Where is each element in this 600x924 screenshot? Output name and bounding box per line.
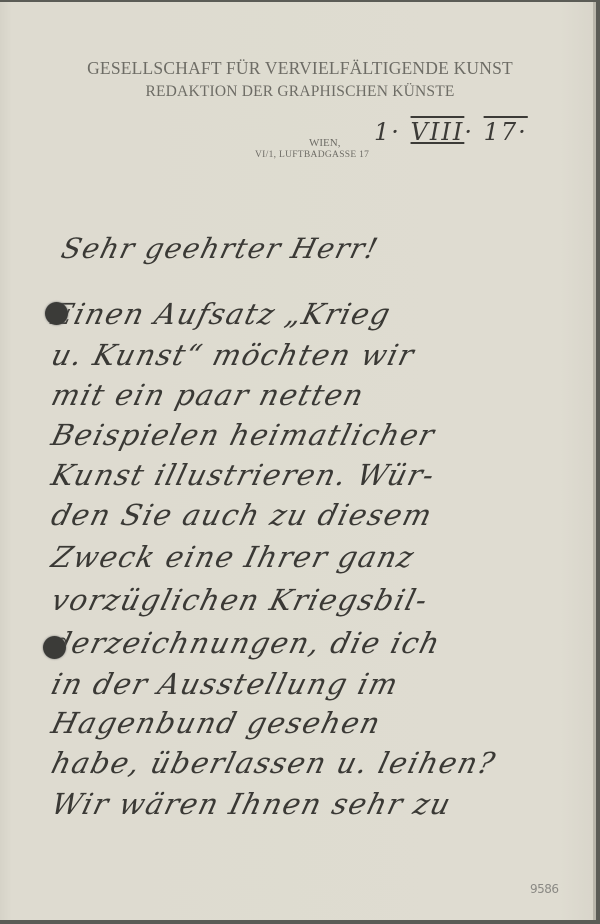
- letter-line: den Sie auch zu diesem: [48, 498, 436, 532]
- punch-hole-top: [45, 302, 68, 325]
- archive-number: 9586: [530, 882, 559, 896]
- letterhead-society-name: GESELLSCHAFT FÜR VERVIELFÄLTIGENDE KUNST: [0, 58, 600, 79]
- letter-line: Beispielen heimatlicher: [48, 418, 439, 452]
- letterhead-address: VI/1, LUFTBADGASSE 17: [255, 150, 369, 160]
- date-day: 1·: [374, 118, 401, 146]
- date-month: VIII: [411, 118, 465, 146]
- letter-line: Hagenbund gesehen: [48, 706, 385, 740]
- letter-line: in der Ausstellung im: [48, 667, 403, 701]
- letter-line: habe, überlassen u. leihen?: [48, 746, 500, 780]
- letter-line: Einen Aufsatz „Krieg: [48, 297, 395, 331]
- date-separator: ·: [464, 118, 474, 146]
- punch-hole-bottom: [43, 636, 66, 659]
- salutation: Sehr geehrter Herr!: [58, 232, 382, 265]
- letter-line: mit ein paar netten: [48, 378, 368, 412]
- letterhead-place: WIEN,: [309, 137, 340, 149]
- letter-line: derzeichnungen, die ich: [48, 626, 444, 660]
- letterhead-editorial-office: REDAKTION DER GRAPHISCHEN KÜNSTE: [0, 83, 600, 101]
- date-year: 17·: [484, 118, 528, 146]
- letter-line: Zweck eine Ihrer ganz: [48, 540, 419, 574]
- letter-line: Kunst illustrieren. Wür-: [48, 458, 439, 492]
- letter-line: vorzüglichen Kriegsbil-: [48, 583, 432, 617]
- letter-line: u. Kunst“ möchten wir: [48, 338, 419, 372]
- letter-line: Wir wären Ihnen sehr zu: [48, 787, 455, 821]
- handwritten-date: 1· VIII· 17·: [374, 118, 528, 146]
